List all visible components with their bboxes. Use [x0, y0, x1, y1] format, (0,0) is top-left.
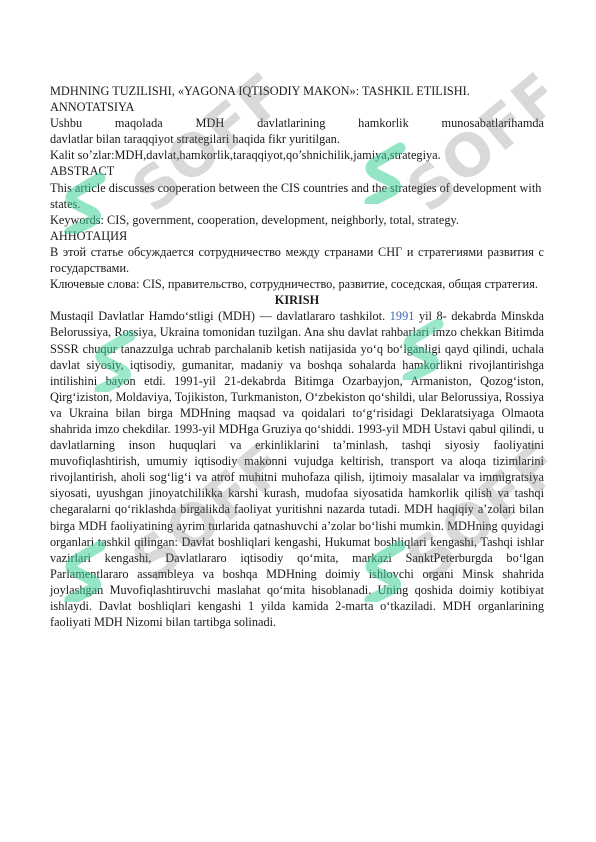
- year-link[interactable]: 1991: [390, 309, 415, 323]
- intro-text-rest: yil 8- dekabrda Minskda Belorussiya, Ros…: [50, 309, 544, 629]
- introduction-paragraph: Mustaqil Davlatlar Hamdo‘stligi (MDH) — …: [50, 308, 544, 630]
- annotation-uz-text-line1: Ushbu maqolada MDH davlatlarining hamkor…: [50, 115, 544, 131]
- annotation-uz-heading: ANNOTATSIYA: [50, 99, 544, 115]
- abstract-text: This article discusses cooperation betwe…: [50, 180, 544, 212]
- abstract-heading: ABSTRACT: [50, 163, 544, 179]
- annotation-ru-heading: АННОТАЦИЯ: [50, 228, 544, 244]
- intro-text-start: Mustaqil Davlatlar Hamdo‘stligi (MDH) — …: [50, 309, 390, 323]
- introduction-heading: KIRISH: [50, 292, 544, 308]
- annotation-ru-text: В этой статье обсуждается сотрудничество…: [50, 244, 544, 276]
- annotation-uz-text-line2: davlatlar bilan taraqqiyot strategilari …: [50, 131, 544, 147]
- document-body: MDHNING TUZILISHI, «YAGONA IQTISODIY MAK…: [50, 83, 544, 630]
- annotation-ru-keywords: Ключевые слова: CIS, правительство, сотр…: [50, 276, 544, 292]
- document-page: MDHNING TUZILISHI, «YAGONA IQTISODIY MAK…: [0, 0, 596, 842]
- annotation-uz-keywords: Kalit so’zlar:MDH,davlat,hamkorlik,taraq…: [50, 147, 544, 163]
- document-title: MDHNING TUZILISHI, «YAGONA IQTISODIY MAK…: [50, 83, 544, 99]
- abstract-keywords: Keywords: CIS, government, cooperation, …: [50, 212, 544, 228]
